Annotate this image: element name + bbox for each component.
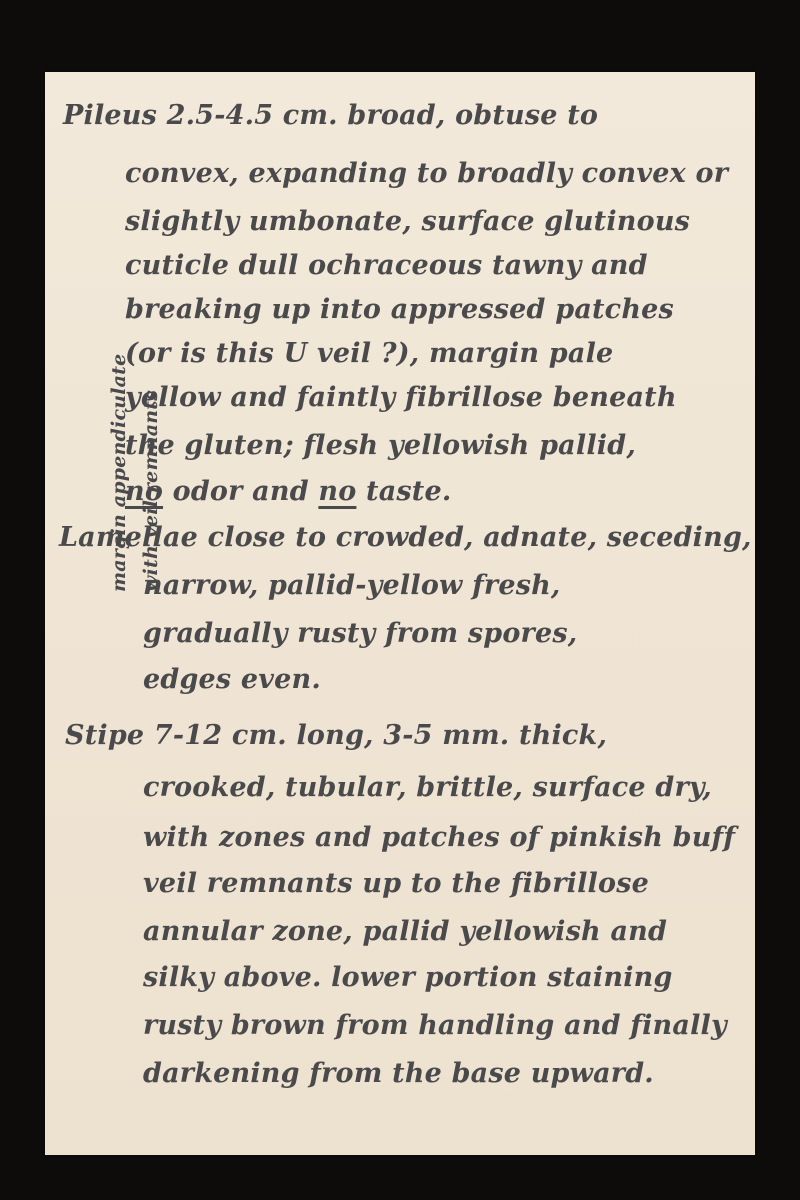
taste-text: taste.: [356, 476, 451, 507]
lamellae-line: edges even.: [143, 666, 321, 693]
stipe-line: rusty brown from handling and finally: [143, 1012, 727, 1039]
pileus-line: convex, expanding to broadly convex or: [125, 160, 728, 187]
pileus-line: the gluten; flesh yellowish pallid,: [125, 432, 636, 459]
pileus-line: cuticle dull ochraceous tawny and: [125, 252, 648, 279]
underlined-no: no: [125, 476, 163, 507]
stipe-line: annular zone, pallid yellowish and: [143, 918, 667, 945]
stipe-line: crooked, tubular, brittle, surface dry,: [143, 774, 712, 801]
lamellae-line: gradually rusty from spores,: [143, 620, 577, 647]
lamellae-line: narrow, pallid-yellow fresh,: [143, 572, 561, 599]
specimen-card: margin appendiculate with veil remnants …: [45, 72, 755, 1155]
pileus-line: (or is this U veil ?), margin pale: [125, 340, 613, 367]
pileus-line: breaking up into appressed patches: [125, 296, 674, 323]
odor-text: odor and: [163, 476, 318, 507]
stipe-line: Stipe 7-12 cm. long, 3-5 mm. thick,: [65, 722, 607, 749]
pileus-line: slightly umbonate, surface glutinous: [125, 208, 690, 235]
pileus-last-line: no odor and no taste.: [125, 478, 451, 505]
stipe-line: darkening from the base upward.: [143, 1060, 654, 1087]
lamellae-line: Lamellae close to crowded, adnate, seced…: [59, 524, 752, 551]
pileus-line: yellow and faintly fibrillose beneath: [125, 384, 677, 411]
stipe-line: veil remnants up to the fibrillose: [143, 870, 649, 897]
pileus-line: Pileus 2.5-4.5 cm. broad, obtuse to: [63, 102, 598, 129]
underlined-no: no: [318, 476, 356, 507]
stipe-line: silky above. lower portion staining: [143, 964, 673, 991]
stipe-line: with zones and patches of pinkish buff: [143, 824, 735, 851]
